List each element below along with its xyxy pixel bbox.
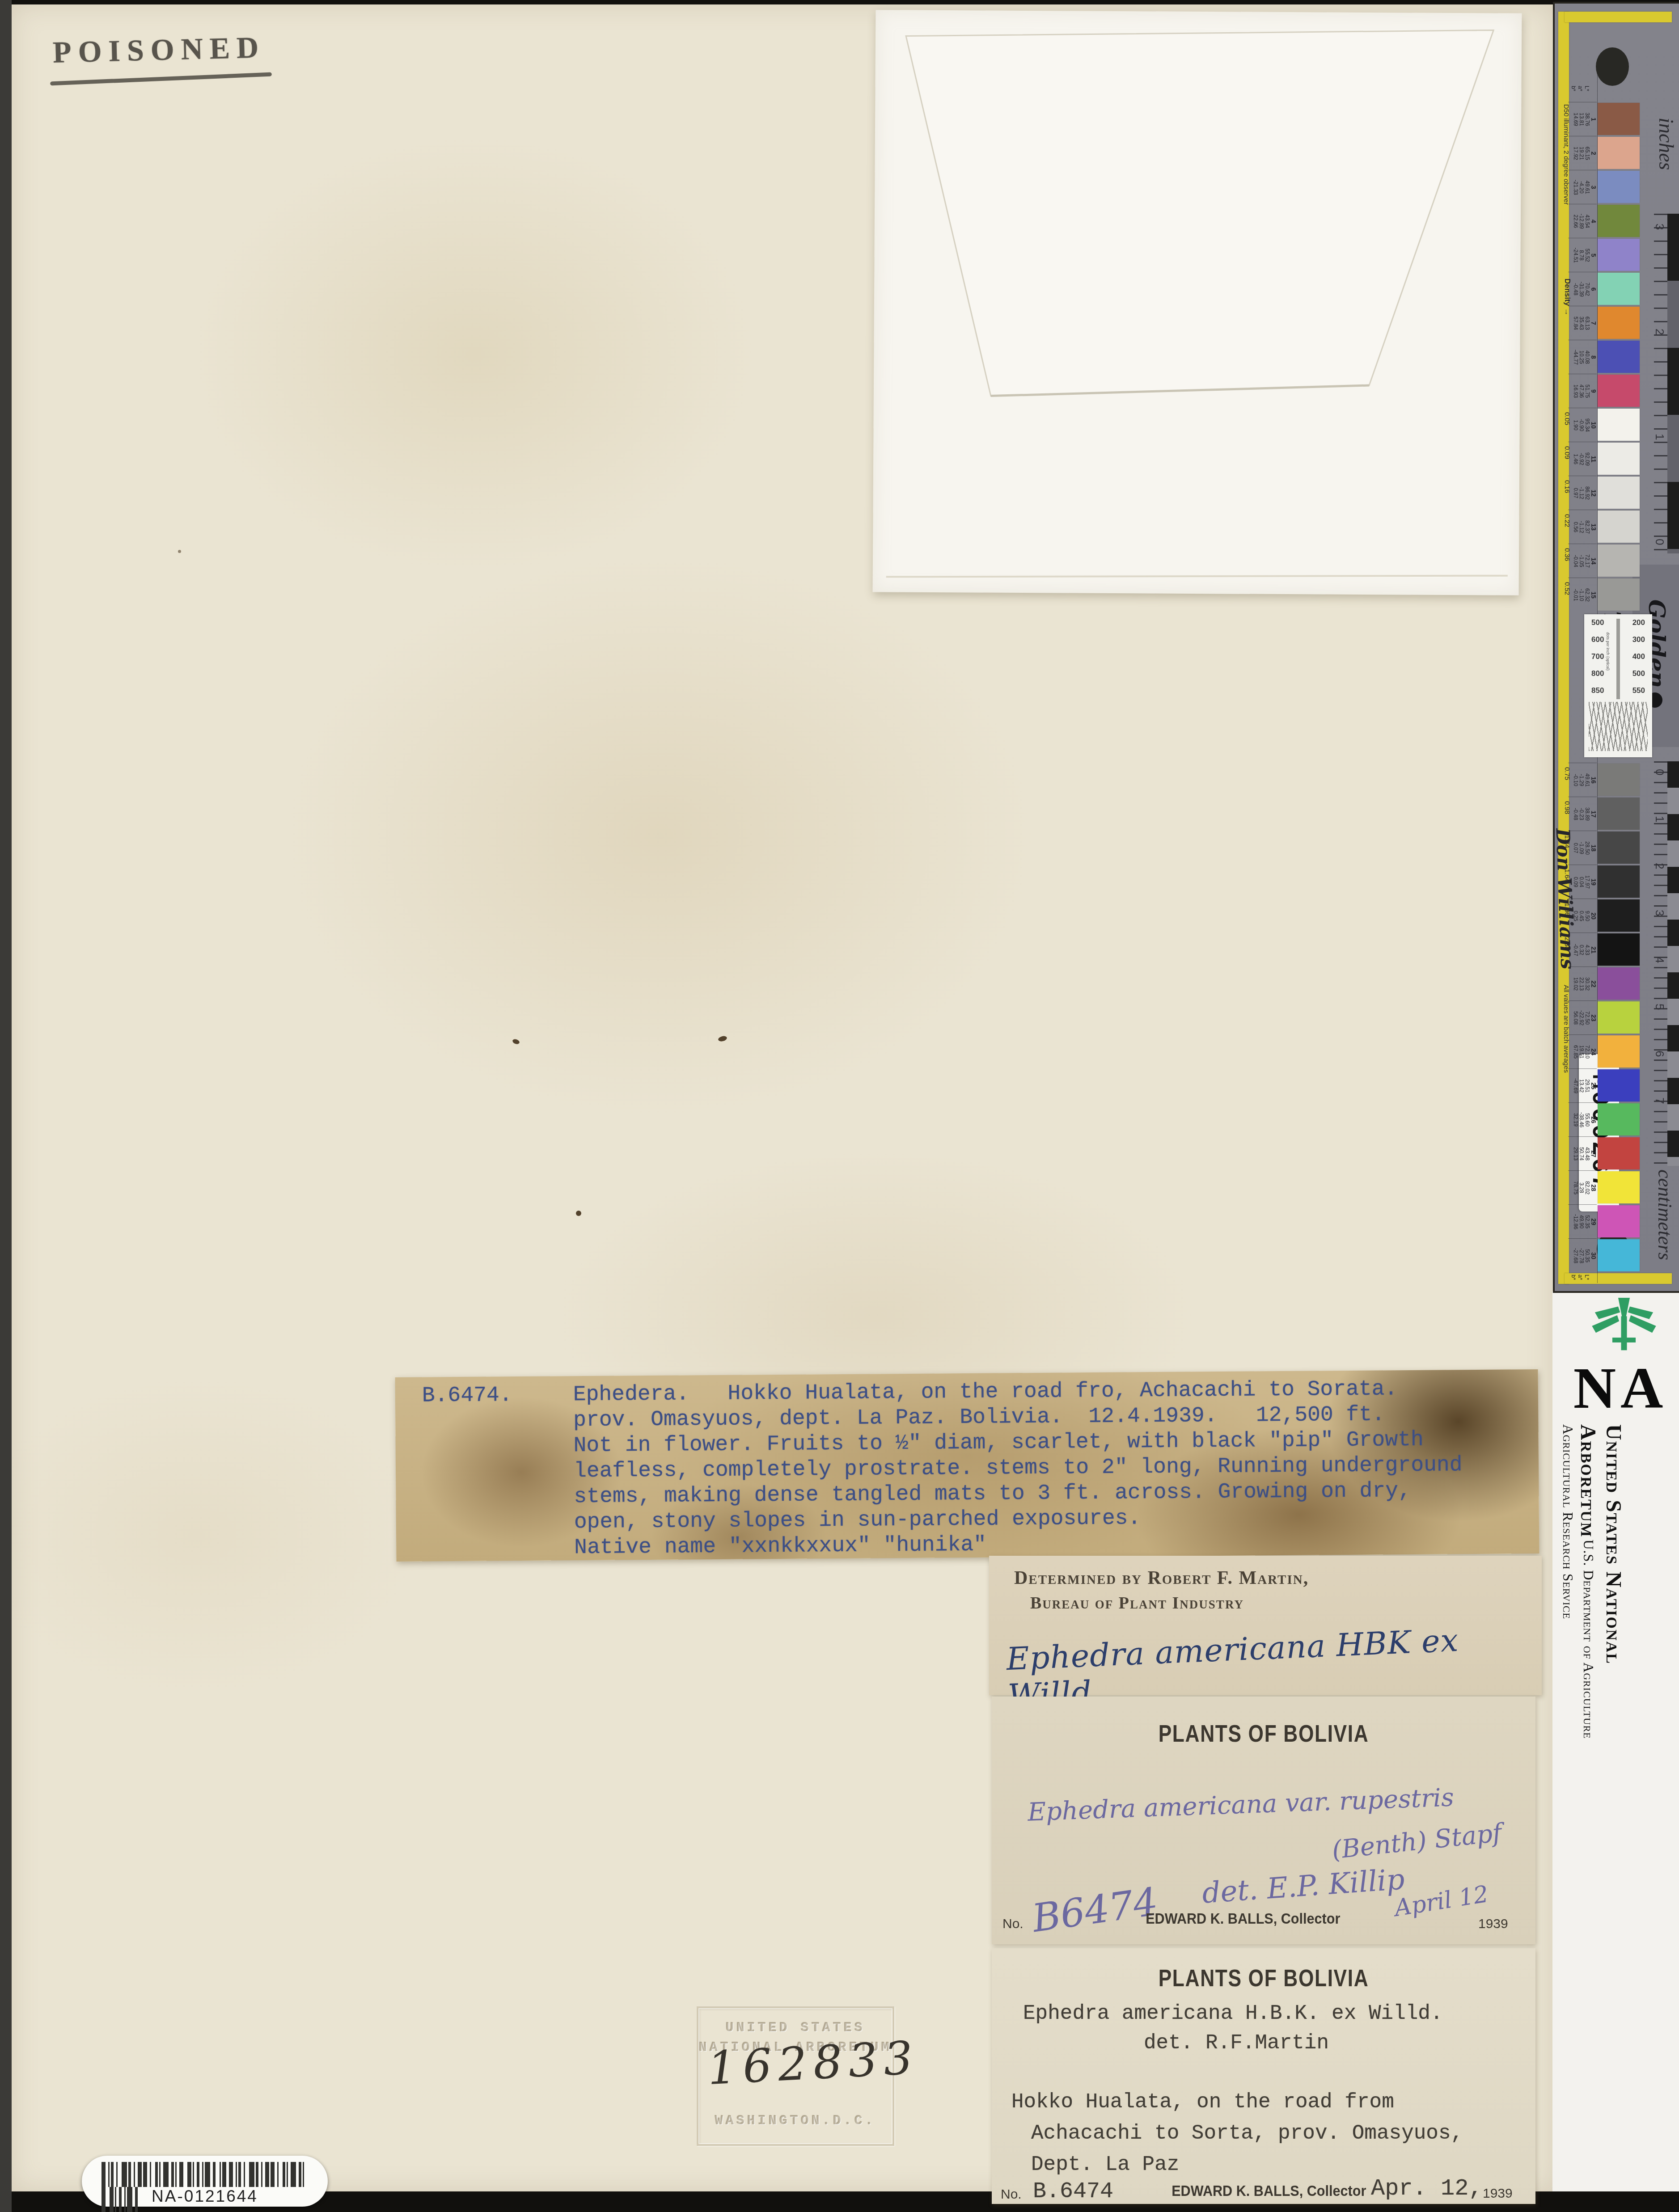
- cm-number: 0: [1653, 769, 1666, 775]
- patch-lab-value: -27.68: [1573, 1239, 1578, 1273]
- density-value: 0.22: [1563, 514, 1571, 527]
- patch-lab-value: -1.09: [1578, 831, 1584, 865]
- patch-number: 16: [1590, 763, 1597, 797]
- patch-values-2: 265.1519.2117.92: [1568, 136, 1597, 170]
- field-label-text: Ephedera. Hokko Hualata, on the road fro…: [573, 1376, 1463, 1535]
- color-patch-6: [1598, 273, 1640, 305]
- patch-values-4: 443.54-12.8922.66: [1568, 204, 1597, 238]
- patch-values-9: 951.7547.3616.93: [1568, 374, 1597, 408]
- barcode-bars: [102, 2162, 308, 2187]
- lab-header: a*: [1577, 71, 1584, 91]
- patch-number: 20: [1590, 899, 1597, 933]
- patch-lab-value: 0.97: [1573, 476, 1578, 510]
- poisoned-stamp: POISONED: [52, 30, 266, 70]
- patch-lab-value: 1.90: [1573, 408, 1578, 442]
- species-handwritten-line1: Ephedra americana var. rupestris: [1027, 1783, 1454, 1827]
- patch-lab-value: -0.10: [1573, 763, 1578, 797]
- patch-values-11: 1192.09-0.921.46: [1568, 442, 1597, 476]
- patch-lab-value: 10.25: [1578, 340, 1584, 374]
- patch-lab-value: 82.37: [1584, 510, 1590, 544]
- patch-lab-value: 70.42: [1584, 272, 1590, 306]
- patch-lab-value: -12.86: [1573, 1205, 1578, 1239]
- patch-lab-value: -27.78: [1578, 1239, 1584, 1273]
- patch-lab-value: -1.05: [1578, 544, 1584, 578]
- patch-number: 27: [1590, 1137, 1597, 1171]
- barcode-bar: [271, 2162, 275, 2187]
- patch-lab-value: -24.51: [1573, 238, 1578, 272]
- cm-number: 2: [1653, 863, 1666, 869]
- patch-number: 19: [1590, 865, 1597, 899]
- patch-lab-value: 38.76: [1584, 102, 1590, 136]
- density-value: 0.75: [1563, 767, 1571, 780]
- patch-values-23: 2372.50-22.9256.08: [1568, 1000, 1597, 1035]
- patch-values-28: 2882.023.2878.75: [1568, 1170, 1597, 1205]
- patch-values-27: 2743.4850.7429.13: [1568, 1136, 1597, 1171]
- resolution-number: 300: [1632, 635, 1645, 644]
- barcode-bar: [179, 2162, 183, 2187]
- inch-ruler-ticks: [1654, 214, 1667, 553]
- patch-values-5: 555.528.78-24.51: [1568, 238, 1597, 272]
- density-value: 0.36: [1563, 548, 1571, 561]
- centimeters-label: centimeters: [1654, 1169, 1676, 1260]
- color-patch-30: [1598, 1239, 1640, 1271]
- determination-slip: Determined by Robert F. Martin, Bureau o…: [989, 1556, 1542, 1695]
- patch-values-12: 1286.92-1.120.97: [1568, 476, 1597, 510]
- patch-number: 18: [1590, 831, 1597, 865]
- locality-line1: Hokko Hualata, on the road from: [1011, 2090, 1394, 2114]
- patch-lab-value: 40.08: [1584, 340, 1590, 374]
- barcode-bar: [265, 2162, 269, 2187]
- color-patch-5: [1598, 239, 1640, 271]
- lab-header: b*: [1570, 1275, 1577, 1288]
- color-patch-10: [1598, 409, 1640, 441]
- density-value: 0.52: [1563, 582, 1571, 595]
- patch-lab-value: 3.28: [1578, 1171, 1584, 1205]
- patch-values-13: 1382.37-1.120.56: [1568, 510, 1597, 544]
- patch-lab-value: -0.48: [1573, 797, 1578, 831]
- patch-lab-value: 28.50: [1584, 831, 1590, 865]
- patch-lab-value: 19.51: [1578, 1035, 1584, 1069]
- lab-axis-headers: L*a*b*: [1570, 71, 1590, 91]
- patch-number: 15: [1590, 578, 1597, 612]
- bolivia-label-title: PLANTS OF BOLIVIA: [1040, 1964, 1486, 1992]
- color-patch-18: [1598, 832, 1640, 864]
- color-patch-28: [1598, 1171, 1640, 1203]
- patch-lab-value: 78.75: [1573, 1171, 1578, 1205]
- resolution-target-divider: [1616, 619, 1620, 699]
- color-patch-17: [1598, 798, 1640, 830]
- patch-lab-value: 1.46: [1573, 442, 1578, 476]
- patch-lab-value: 55.52: [1584, 238, 1590, 272]
- color-patch-4: [1598, 205, 1640, 237]
- patch-values-7: 763.1335.4357.84: [1568, 306, 1597, 340]
- patch-values-26: 2655.60-38.4632.19: [1568, 1102, 1597, 1137]
- patch-lab-value: -1.10: [1578, 578, 1584, 612]
- patch-values-17: 1738.89-0.23-0.48: [1568, 797, 1597, 831]
- date-handwritten: April 12: [1393, 1881, 1490, 1922]
- patch-lab-value: 38.89: [1584, 797, 1590, 831]
- barcode-gap: [245, 2162, 249, 2187]
- envelope-bottom-crease: [886, 572, 1508, 580]
- lab-axis-headers: L*a*b*: [1570, 1275, 1590, 1288]
- patch-lab-value: -0.23: [1578, 797, 1584, 831]
- patch-number: 26: [1590, 1103, 1597, 1137]
- patch-lab-value: 49.61: [1584, 763, 1590, 797]
- color-patch-14: [1598, 545, 1640, 577]
- arboretum-text-block: United States National Arboretum U.S. De…: [1560, 1424, 1627, 1777]
- color-patch-9: [1598, 375, 1640, 407]
- barcode-gap: [118, 2162, 122, 2187]
- patch-lab-value: 43.48: [1584, 1137, 1590, 1171]
- resolution-number: 850: [1591, 686, 1604, 695]
- patch-lab-value: -0.92: [1578, 442, 1584, 476]
- patch-lab-value: 82.02: [1584, 1171, 1590, 1205]
- patch-lab-value: 29.13: [1573, 1137, 1578, 1171]
- color-patch-23: [1598, 1001, 1640, 1034]
- collector-line: EDWARD K. BALLS, Collector: [1146, 1910, 1340, 1928]
- color-patch-21: [1598, 933, 1640, 966]
- collector-line: EDWARD K. BALLS, Collector: [1171, 2182, 1366, 2200]
- determined-by-line: Determined by Robert F. Martin,: [1014, 1567, 1309, 1589]
- det-handwritten-line: det. E.P. Killip: [1201, 1863, 1406, 1910]
- patch-lab-value: 67.85: [1573, 1035, 1578, 1069]
- resolution-number: 800: [1591, 669, 1604, 678]
- accession-number-handwritten: 162833: [706, 2031, 920, 2096]
- patch-values-15: 1562.32-1.10-0.01: [1568, 578, 1597, 612]
- patch-lab-value: 50.74: [1578, 1137, 1584, 1171]
- patch-lab-value: 0.32: [1578, 933, 1584, 967]
- patch-lab-value: -22.92: [1578, 1001, 1584, 1035]
- lab-header: L*: [1584, 1275, 1590, 1288]
- patch-lab-value: -4.20: [1578, 170, 1584, 204]
- patch-lab-value: -0.04: [1573, 544, 1578, 578]
- resolution-line-pattern: [1589, 702, 1648, 751]
- inch-number: 3: [1653, 224, 1666, 230]
- patch-lab-value: 13.42: [1578, 1069, 1584, 1103]
- patch-lab-value: -44.77: [1573, 340, 1578, 374]
- inch-number: 0: [1653, 539, 1666, 545]
- barcode-sticker: NA-0121644: [82, 2156, 328, 2207]
- embossed-line1: UNITED STATES: [698, 2021, 892, 2036]
- arboretum-tree-icon: [1590, 1296, 1658, 1356]
- patch-number: 12: [1590, 476, 1597, 510]
- patch-lab-value: 72.10: [1584, 1035, 1590, 1069]
- bolivia-label-title: PLANTS OF BOLIVIA: [1040, 1720, 1486, 1748]
- patch-number: 23: [1590, 1001, 1597, 1035]
- color-patch-22: [1598, 967, 1640, 1000]
- target-yellow-border: [1565, 12, 1672, 22]
- barcode-bar: [291, 2162, 296, 2187]
- barcode-bar: [229, 2162, 233, 2187]
- cm-number: 4: [1653, 957, 1666, 963]
- inch-number: 2: [1653, 329, 1666, 335]
- patch-lab-value: 65.15: [1584, 136, 1590, 170]
- barcode-gap: [183, 2162, 187, 2187]
- patch-lab-value: -12.89: [1578, 204, 1584, 238]
- patch-number: 17: [1590, 797, 1597, 831]
- resolution-number: 400: [1632, 652, 1645, 661]
- barcode-bar: [222, 2162, 226, 2187]
- patch-values-14: 1472.17-1.05-0.04: [1568, 544, 1597, 578]
- patch-values-3: 349.61-4.20-21.33: [1568, 170, 1597, 204]
- patch-lab-value: 86.92: [1584, 476, 1590, 510]
- patch-lab-value: 55.60: [1584, 1103, 1590, 1137]
- resolution-target-caption: dots per inch (optical): [1606, 632, 1610, 671]
- mount-board-edge: [0, 0, 12, 2212]
- patch-number: 21: [1590, 933, 1597, 967]
- patch-lab-value: 17.97: [1584, 865, 1590, 899]
- envelope-flap: [904, 27, 1493, 399]
- patch-lab-value: 19.21: [1578, 136, 1584, 170]
- patch-number: 9: [1590, 374, 1597, 408]
- cm-number: 1: [1653, 816, 1666, 822]
- envelope-flap-outline: [873, 10, 1522, 595]
- cm-number: 7: [1653, 1098, 1666, 1104]
- bolivia-label-typed: PLANTS OF BOLIVIA Ephedra americana H.B.…: [992, 1948, 1535, 2204]
- patch-lab-value: -0.90: [1578, 408, 1584, 442]
- lab-header: a*: [1577, 1275, 1584, 1288]
- no-prefix: No.: [1002, 1917, 1023, 1932]
- patch-values-6: 670.42-31.39-0.48: [1568, 272, 1597, 306]
- color-patch-16: [1598, 764, 1640, 796]
- color-patch-19: [1598, 865, 1640, 898]
- color-patch-8: [1598, 341, 1640, 373]
- patch-lab-value: -1.12: [1578, 476, 1584, 510]
- collection-number-handwritten: B6474: [1029, 1879, 1160, 1941]
- patch-lab-value: 49.61: [1584, 170, 1590, 204]
- patch-number: 6: [1590, 272, 1597, 306]
- patch-lab-value: 13.81: [1578, 102, 1584, 136]
- patch-number: 24: [1590, 1035, 1597, 1069]
- barcode-bar: [163, 2162, 169, 2187]
- patch-number: 3: [1590, 170, 1597, 204]
- patch-lab-value: 47.36: [1578, 374, 1584, 408]
- patch-lab-value: 72.50: [1584, 1001, 1590, 1035]
- patch-lab-value: -1.29: [1578, 763, 1584, 797]
- species-handwritten-line2: (Benth) Stapf: [1331, 1818, 1503, 1865]
- patch-lab-value: 72.17: [1584, 544, 1590, 578]
- patch-lab-value: 8.78: [1578, 238, 1584, 272]
- color-patch-3: [1598, 171, 1640, 203]
- barcode-bar: [143, 2162, 147, 2187]
- patch-values-30: 3050.35-27.78-27.68: [1568, 1238, 1597, 1273]
- barcode-bar: [205, 2162, 210, 2187]
- registration-dot: [1596, 47, 1629, 86]
- patch-lab-value: 43.54: [1584, 204, 1590, 238]
- inch-number: 1: [1653, 434, 1666, 440]
- usda-line: U.S. Department of Agriculture: [1581, 1540, 1596, 1739]
- bureau-line: Bureau of Plant Industry: [1030, 1593, 1244, 1613]
- patch-lab-value: 9.50: [1584, 899, 1590, 933]
- patch-number: 2: [1590, 136, 1597, 170]
- resolution-number: 500: [1591, 618, 1604, 627]
- patch-lab-value: 22.66: [1573, 204, 1578, 238]
- patch-lab-value: 49.90: [1578, 1205, 1584, 1239]
- patch-values-10: 1095.34-0.901.90: [1568, 408, 1597, 442]
- resolution-number: 500: [1632, 669, 1645, 678]
- debris-speck: [576, 1211, 581, 1216]
- field-label-native-name: Native name "xxnkkxxux" "hunika": [574, 1532, 986, 1561]
- resolution-target-content: dots per inch (optical) 5002006003007004…: [1584, 614, 1652, 757]
- resolution-number: 200: [1632, 618, 1645, 627]
- patch-number: 25: [1590, 1069, 1597, 1103]
- density-value: 0.05: [1563, 412, 1571, 425]
- patch-lab-value: 35.43: [1578, 306, 1584, 340]
- patch-number: 5: [1590, 238, 1597, 272]
- debris-speck: [718, 1035, 727, 1043]
- barcode-gap: [304, 2162, 307, 2187]
- arboretum-monogram: NA: [1572, 1354, 1669, 1422]
- color-patch-11: [1598, 443, 1640, 475]
- locality-line3: Dept. La Paz: [1031, 2153, 1179, 2176]
- barcode-text: NA-0121644: [82, 2187, 328, 2206]
- color-patch-2: [1598, 137, 1640, 169]
- patch-number: 11: [1590, 442, 1597, 476]
- color-calibration-target: inches centimeters GoldenThread L*a*b* L…: [1555, 4, 1679, 1291]
- patch-lab-value: 30.32: [1584, 967, 1590, 1001]
- patch-values-1: 138.7613.8114.69: [1568, 102, 1597, 136]
- patch-number: 4: [1590, 204, 1597, 238]
- debris-speck: [512, 1038, 520, 1045]
- patch-values-29: 2952.3549.90-12.86: [1568, 1204, 1597, 1239]
- year-printed: 1939: [1483, 2186, 1513, 2201]
- patch-number: 14: [1590, 544, 1597, 578]
- barcode-gap: [151, 2162, 155, 2187]
- species-typed: Ephedra americana H.B.K. ex Willd.: [1023, 2002, 1443, 2025]
- patch-lab-value: 32.19: [1573, 1103, 1578, 1137]
- patch-lab-value: 92.09: [1584, 442, 1590, 476]
- patch-number: 7: [1590, 306, 1597, 340]
- patch-lab-value: 29.51: [1584, 1069, 1590, 1103]
- embossed-line3: WASHINGTON.D.C.: [698, 2114, 892, 2129]
- locality-line2: Achacachi to Sorta, prov. Omasyuos,: [1031, 2122, 1463, 2145]
- inch-ruler-blocks: [1667, 214, 1679, 553]
- patch-lab-value: 95.34: [1584, 408, 1590, 442]
- lab-header: L*: [1584, 71, 1590, 91]
- patch-number: 1: [1590, 102, 1597, 136]
- resolution-test-target: dots per inch (optical) 5002006003007004…: [1584, 614, 1652, 757]
- patch-number: 30: [1590, 1239, 1597, 1273]
- patch-values-24: 2472.1019.5167.85: [1568, 1034, 1597, 1069]
- patch-values-22: 2230.3222.1319.02: [1568, 967, 1597, 1001]
- barcode-bar: [138, 2162, 142, 2187]
- resolution-number: 550: [1632, 686, 1645, 695]
- year-printed: 1939: [1478, 1917, 1508, 1932]
- patch-lab-value: 63.13: [1584, 306, 1590, 340]
- resolution-number: 600: [1591, 635, 1604, 644]
- collection-number-typed: B.6474: [1033, 2179, 1113, 2204]
- barcode-bar: [102, 2162, 106, 2187]
- patch-lab-value: -0.01: [1573, 578, 1578, 612]
- patch-number: 8: [1590, 340, 1597, 374]
- field-label-number: B.6474.: [422, 1383, 512, 1409]
- patch-lab-value: 0.45: [1578, 899, 1584, 933]
- ars-line: Agricultural Research Service: [1560, 1424, 1576, 1619]
- patch-lab-value: 0.56: [1573, 510, 1578, 544]
- color-patch-15: [1598, 578, 1640, 611]
- inches-label: inches: [1654, 118, 1678, 170]
- cm-number: 5: [1653, 1004, 1666, 1010]
- lab-header: b*: [1570, 71, 1577, 91]
- cm-number: 3: [1653, 910, 1666, 916]
- patch-lab-value: 22.13: [1578, 967, 1584, 1001]
- color-patch-29: [1598, 1205, 1640, 1237]
- color-patch-13: [1598, 511, 1640, 543]
- color-patch-25: [1598, 1069, 1640, 1102]
- cm-ruler-blocks: [1667, 761, 1679, 1166]
- patch-lab-value: 51.75: [1584, 374, 1590, 408]
- color-patch-27: [1598, 1137, 1640, 1169]
- det-typed: det. R.F.Martin: [1144, 2031, 1329, 2055]
- density-value: 0.98: [1563, 801, 1571, 814]
- patch-lab-value: 62.32: [1584, 578, 1590, 612]
- patch-lab-value: 4.33: [1584, 933, 1590, 967]
- barcode-bar: [122, 2162, 127, 2187]
- color-patch-1: [1598, 103, 1640, 135]
- resolution-number: 700: [1591, 652, 1604, 661]
- field-collection-label: B.6474. Ephedera. Hokko Hualata, on the …: [395, 1369, 1539, 1562]
- patch-lab-value: 19.02: [1573, 967, 1578, 1001]
- patch-lab-value: -38.46: [1578, 1103, 1584, 1137]
- patch-lab-value: 16.93: [1573, 374, 1578, 408]
- patch-lab-value: 50.35: [1584, 1239, 1590, 1273]
- color-patch-12: [1598, 477, 1640, 509]
- patch-number: 13: [1590, 510, 1597, 544]
- patch-lab-value: 14.69: [1573, 102, 1578, 136]
- patch-lab-value: -0.48: [1573, 272, 1578, 306]
- patch-number: 22: [1590, 967, 1597, 1001]
- debris-speck: [178, 550, 181, 553]
- patch-number: 10: [1590, 408, 1597, 442]
- patch-lab-value: -1.12: [1578, 510, 1584, 544]
- patch-lab-value: 57.84: [1573, 306, 1578, 340]
- bolivia-label-handwritten: PLANTS OF BOLIVIA Ephedra americana var.…: [992, 1697, 1535, 1944]
- patch-values-8: 840.0810.25-44.77: [1568, 340, 1597, 374]
- patch-lab-value: -47.69: [1573, 1069, 1578, 1103]
- density-value: 0.09: [1563, 446, 1571, 459]
- patch-lab-value: -31.39: [1578, 272, 1584, 306]
- cm-number: 6: [1653, 1051, 1666, 1057]
- patch-lab-value: 56.08: [1573, 1001, 1578, 1035]
- color-patch-7: [1598, 307, 1640, 339]
- patch-values-25: 2529.5113.42-47.69: [1568, 1068, 1597, 1103]
- barcode-bar: [187, 2162, 191, 2187]
- no-prefix: No.: [1001, 2187, 1022, 2202]
- patch-number: 28: [1590, 1171, 1597, 1205]
- color-patch-26: [1598, 1103, 1640, 1136]
- patch-lab-value: 17.92: [1573, 136, 1578, 170]
- density-value: 0.16: [1563, 480, 1571, 493]
- patch-lab-value: -21.33: [1573, 170, 1578, 204]
- color-patch-24: [1598, 1035, 1640, 1068]
- barcode-gap: [279, 2162, 283, 2187]
- patch-number: 29: [1590, 1205, 1597, 1239]
- barcode-bar: [249, 2162, 254, 2187]
- barcode-gap: [216, 2162, 220, 2187]
- patch-lab-value: 52.35: [1584, 1205, 1590, 1239]
- date-typed: Apr. 12,: [1371, 2175, 1483, 2202]
- seed-envelope: [873, 10, 1522, 595]
- patch-lab-value: 0.04: [1578, 865, 1584, 899]
- color-patch-20: [1598, 899, 1640, 932]
- patch-values-16: 1649.61-1.29-0.10: [1568, 763, 1597, 797]
